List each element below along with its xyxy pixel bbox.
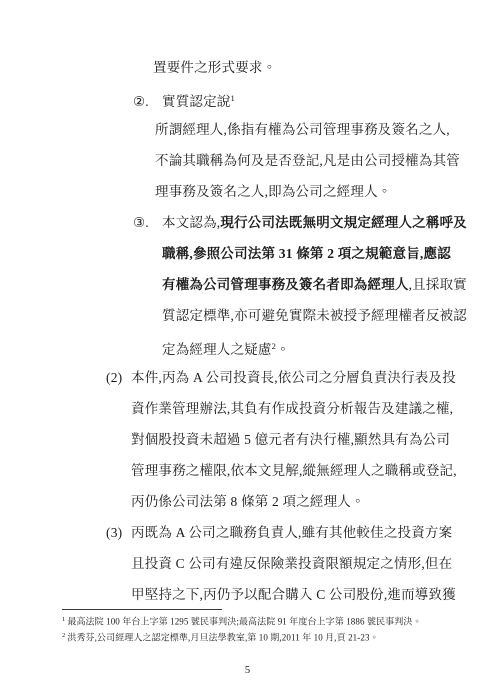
list-item-p2-line: 丙仍係公司法第 8 條第 2 項之經理人。 <box>131 486 495 517</box>
list-item-p3: (3)丙既為 A 公司之職務負責人,雖有其他較佳之投資方案 <box>106 517 495 548</box>
footnote-2-marker: 2 <box>62 632 65 639</box>
list-item-p2-line: 對個股投資未超過 5 億元者有決行權,顯然具有為公司 <box>131 424 495 455</box>
item-circle3-text: ,且採取實 <box>409 277 467 292</box>
footnote-2-text: 洪秀芬,公司經理人之認定標準,月旦法學教室,第 10 期,2011 年 10 月… <box>67 633 378 643</box>
quote-line: 不論其職稱為何及是否登記,凡是由公司授權為其管 <box>155 145 495 176</box>
carryover-line: 置要件之形式要求。 <box>153 52 495 83</box>
list-item-circle3-line: 職稱,參照公司法第 31 條第 2 項之規範意旨,應認 <box>162 238 495 269</box>
footnote-2: 2洪秀芬,公司經理人之認定標準,月旦法學教室,第 10 期,2011 年 10 … <box>62 629 475 645</box>
footnote-1: 1最高法院 100 年台上字第 1295 號民事判決;最高法院 91 年度台上字… <box>62 613 475 629</box>
list-marker-circle3: ③. <box>133 207 162 238</box>
list-marker-p2: (2) <box>106 362 131 393</box>
footnote-1-text: 最高法院 100 年台上字第 1295 號民事判決;最高法院 91 年度台上字第… <box>67 617 421 627</box>
item-circle3-emphasis: 職稱,參照公司法第 31 條第 2 項之規範意旨,應認 <box>162 246 451 261</box>
item-circle3-emphasis: 有權為公司管理事務及簽名者即為經理人 <box>162 277 409 292</box>
list-item-circle3-line: 質認定標準,亦可避免實際未被授予經理權者反被認 <box>162 300 495 331</box>
item-p2-text: 本件,丙為 A 公司投資長,依公司之分層負責決行表及投 <box>131 370 456 385</box>
footnotes: 1最高法院 100 年台上字第 1295 號民事判決;最高法院 91 年度台上字… <box>62 613 475 645</box>
list-item-p2-line: 管理事務之權限,依本文見解,縱無經理人之職稱或登記, <box>131 455 495 486</box>
item-circle3-text: 定為經理人之疑慮 <box>162 342 272 357</box>
body-text: 置要件之形式要求。 ②.實質認定說1 所謂經理人,係指有權為公司管理事務及簽名之… <box>0 52 495 610</box>
document-page: 置要件之形式要求。 ②.實質認定說1 所謂經理人,係指有權為公司管理事務及簽名之… <box>0 0 495 700</box>
list-item-p3-line: 且投資 C 公司有違反保險業投資限額規定之情形,但在 <box>131 548 495 579</box>
page-number: 5 <box>0 664 495 678</box>
item-p3-text: 丙既為 A 公司之職務負責人,雖有其他較佳之投資方案 <box>131 525 452 540</box>
list-marker-p3: (3) <box>106 517 131 548</box>
item-circle2-title: 實質認定說 <box>162 94 231 109</box>
footnote-separator <box>62 609 222 610</box>
quote-line: 所謂經理人,係指有權為公司管理事務及簽名之人, <box>155 114 495 145</box>
list-item-circle3-line: 定為經理人之疑慮2。 <box>162 331 495 362</box>
list-item-circle3-line: 有權為公司管理事務及簽名者即為經理人,且採取實 <box>162 269 495 300</box>
list-item-circle2: ②.實質認定說1 <box>133 83 495 114</box>
footnote-1-marker: 1 <box>62 616 65 623</box>
footnote-ref-1: 1 <box>231 93 235 103</box>
list-item-p2-line: 資作業管理辦法,其負有作成投資分析報告及建議之權, <box>131 393 495 424</box>
list-item-circle3: ③.本文認為,現行公司法既無明文規定經理人之稱呼及 <box>133 207 495 238</box>
list-marker-circle2: ②. <box>133 86 162 117</box>
list-item-p2: (2)本件,丙為 A 公司投資長,依公司之分層負責決行表及投 <box>106 362 495 393</box>
item-circle3-text: 本文認為, <box>162 215 220 230</box>
item-circle3-emphasis: 現行公司法既無明文規定經理人之稱呼及 <box>220 215 467 230</box>
list-item-p3-line: 甲堅持之下,丙仍予以配合購入 C 公司股份,進而導致獲 <box>131 579 495 610</box>
quote-line: 理事務及簽名之人,即為公司之經理人。 <box>155 176 495 207</box>
item-circle3-text: 。 <box>276 342 290 357</box>
